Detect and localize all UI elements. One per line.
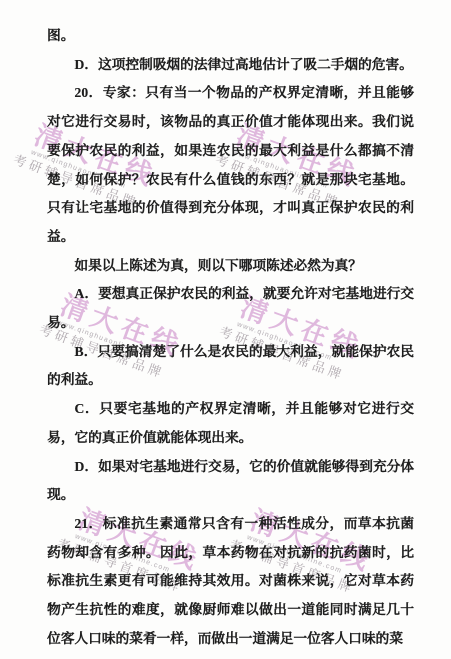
question-20-option-a: A．要想真正保护农民的利益，就要允许对宅基地进行交易。 <box>47 280 414 337</box>
question-20-stem: 20．专家：只有当一个物品的产权界定清晰，并且能够对它进行交易时，该物品的真正价… <box>47 79 414 251</box>
question-20-option-d: D．如果对宅基地进行交易，它的价值就能够得到充分体现。 <box>47 453 414 510</box>
question-20-prompt: 如果以上陈述为真，则以下哪项陈述必然为真？ <box>47 252 414 281</box>
document-text: 图。 D．这项控制吸烟的法律过高地估计了吸二手烟的危害。 20．专家：只有当一个… <box>47 22 414 653</box>
question-20-option-c: C．只要宅基地的产权界定清晰，并且能够对它进行交易，它的真正价值就能体现出来。 <box>47 395 414 452</box>
question-21-stem: 21．标准抗生素通常只含有一种活性成分，而草本抗菌药物却含有多种。因此，草本药物… <box>47 510 414 654</box>
previous-answer-tail: 图。 <box>47 22 414 51</box>
previous-question-option-d: D．这项控制吸烟的法律过高地估计了吸二手烟的危害。 <box>47 51 414 80</box>
question-20-option-b: B．只要搞清楚了什么是农民的最大利益，就能保护农民的利益。 <box>47 338 414 395</box>
scanned-document-page: 清大在线 www.qinghuaonline.com 考研辅导首席品牌 清大在线… <box>0 0 451 659</box>
